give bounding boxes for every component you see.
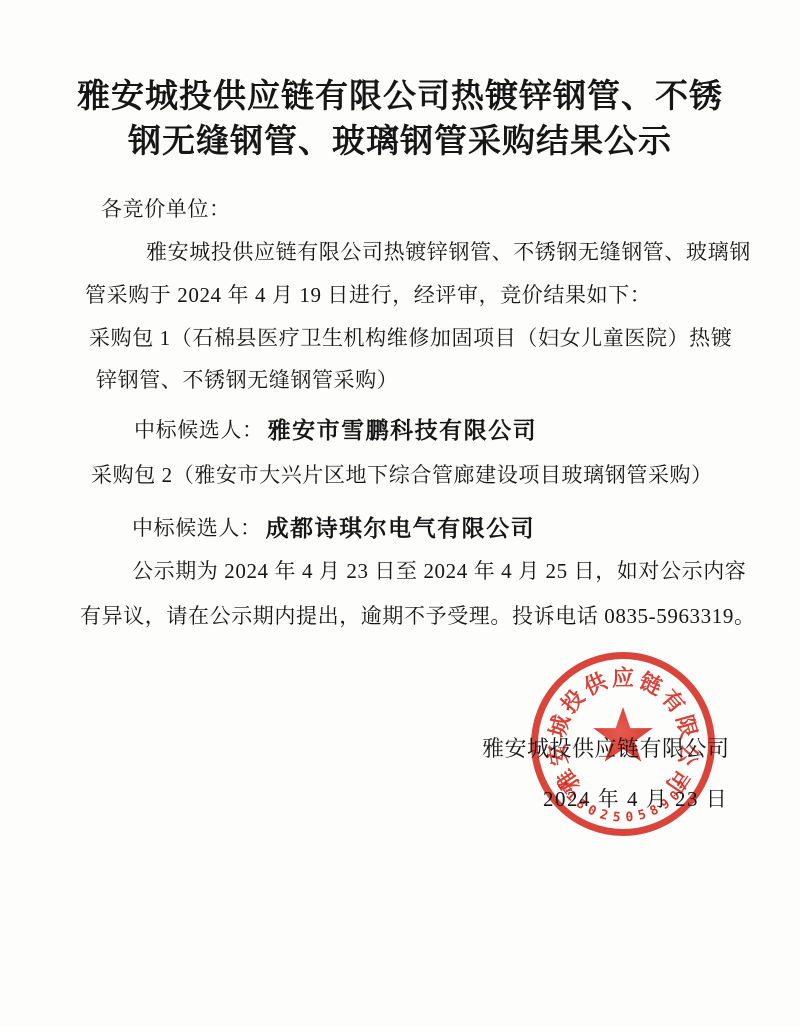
document-title-line-2: 钢无缝钢管、玻璃钢管采购结果公示 bbox=[0, 115, 800, 162]
winner1-label: 中标候选人： bbox=[134, 418, 264, 442]
notice-line-2: 有异议，请在公示期内提出，逾期不予受理。投诉电话 0835-5963319。 bbox=[80, 600, 756, 630]
winner2-name: 成都诗琪尔电气有限公司 bbox=[266, 515, 536, 541]
signature-date: 2024 年 4 月 23 日 bbox=[543, 783, 728, 813]
winner1-name: 雅安市雪鹏科技有限公司 bbox=[268, 417, 538, 443]
package1-line-1: 采购包 1（石棉县医疗卫生机构维修加固项目（妇女儿童医院）热镀 bbox=[89, 322, 732, 352]
winner2-label: 中标候选人： bbox=[132, 516, 262, 540]
seal-arc-char: 应 bbox=[612, 662, 634, 693]
document-title-line-1: 雅安城投供应链有限公司热镀锌钢管、不锈 bbox=[0, 70, 800, 117]
winner2-line: 中标候选人：成都诗琪尔电气有限公司 bbox=[132, 509, 535, 542]
salutation: 各竞价单位： bbox=[101, 193, 231, 223]
notice-line-1: 公示期为 2024 年 4 月 23 日至 2024 年 4 月 25 日，如对… bbox=[132, 555, 746, 585]
signature-company: 雅安城投供应链有限公司 bbox=[482, 732, 730, 763]
winner1-line: 中标候选人：雅安市雪鹏科技有限公司 bbox=[134, 411, 537, 444]
intro-line-1: 雅安城投供应链有限公司热镀锌钢管、不锈钢无缝钢管、玻璃钢 bbox=[146, 236, 751, 266]
package2-line: 采购包 2（雅安市大兴片区地下综合管廊建设项目玻璃钢管采购） bbox=[91, 459, 713, 489]
package1-line-2: 锌钢管、不锈钢无缝钢管采购） bbox=[96, 364, 398, 394]
announcement-page: 雅安城投供应链有限公司热镀锌钢管、不锈 钢无缝钢管、玻璃钢管采购结果公示 各竞价… bbox=[0, 0, 800, 1027]
intro-line-2: 管采购于 2024 年 4 月 19 日进行，经评审，竞价结果如下： bbox=[85, 279, 651, 309]
